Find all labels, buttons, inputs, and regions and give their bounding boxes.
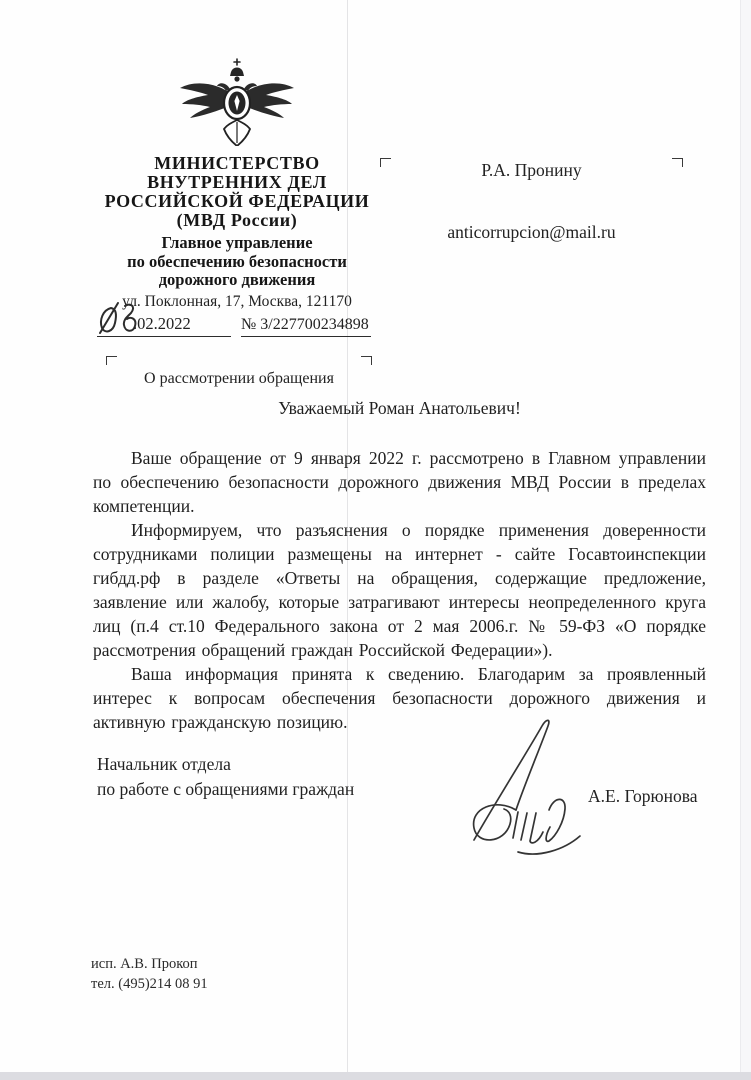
subject-block: О рассмотрении обращения (106, 356, 372, 388)
ministry-line: (МВД России) (82, 211, 392, 230)
body-paragraph: Ваше обращение от 9 января 2022 г. рассм… (93, 446, 706, 518)
number-label: № (241, 316, 256, 333)
ministry-line: РОССИЙСКОЙ ФЕДЕРАЦИИ (82, 192, 392, 211)
subject-title: О рассмотрении обращения (106, 370, 372, 388)
scanned-letter-page: МИНИСТЕРСТВО ВНУТРЕННИХ ДЕЛ РОССИЙСКОЙ Ф… (0, 0, 751, 1080)
date-field: .02.2022 (97, 300, 231, 337)
salutation: Уважаемый Роман Анатольевич! (93, 396, 706, 420)
page-right-edge (740, 0, 751, 1072)
ministry-line: МИНИСТЕРСТВО (82, 154, 392, 173)
ministry-name: МИНИСТЕРСТВО ВНУТРЕННИХ ДЕЛ РОССИЙСКОЙ Ф… (82, 154, 392, 230)
executor-info: исп. А.В. Прокоп тел. (495)214 08 91 (91, 954, 208, 994)
handwritten-signature (452, 710, 584, 862)
executor-name: исп. А.В. Прокоп (91, 954, 208, 974)
body-paragraph: Ваша информация принята к сведению. Благ… (93, 662, 706, 734)
corner-bracket-close-icon (672, 158, 683, 167)
executor-phone: тел. (495)214 08 91 (91, 974, 208, 994)
number-value: 3/227700234898 (260, 316, 368, 333)
letterhead: МИНИСТЕРСТВО ВНУТРЕННИХ ДЕЛ РОССИЙСКОЙ Ф… (82, 58, 392, 311)
date-printed: .02.2022 (133, 314, 191, 334)
signer-position-line: по работе с обращениями граждан (97, 777, 354, 802)
ministry-line: ВНУТРЕННИХ ДЕЛ (82, 173, 392, 192)
document-number-field: № 3/227700234898 (241, 300, 371, 337)
department-line: дорожного движения (82, 271, 392, 290)
department-name: Главное управление по обеспечению безопа… (82, 234, 392, 290)
recipient-name: Р.А. Пронину (380, 160, 683, 181)
department-line: по обеспечению безопасности (82, 253, 392, 272)
mvd-emblem-icon (178, 58, 296, 146)
signer-name: А.Е. Горюнова (588, 786, 698, 807)
handwritten-date-day (97, 300, 137, 338)
corner-bracket-open-icon (380, 158, 391, 167)
letter-body: Уважаемый Роман Анатольевич! Ваше обраще… (93, 396, 706, 734)
recipient-email: anticorrupcion@mail.ru (380, 222, 683, 243)
signer-position-line: Начальник отдела (97, 752, 354, 777)
department-line: Главное управление (82, 234, 392, 253)
recipient-block: Р.А. Пронину anticorrupcion@mail.ru (380, 158, 683, 243)
corner-bracket-close-icon (361, 356, 372, 365)
body-paragraph: Информируем, что разъяснения о порядке п… (93, 518, 706, 662)
background-strip (0, 1072, 751, 1080)
signer-position: Начальник отдела по работе с обращениями… (97, 752, 354, 802)
corner-bracket-open-icon (106, 356, 117, 365)
